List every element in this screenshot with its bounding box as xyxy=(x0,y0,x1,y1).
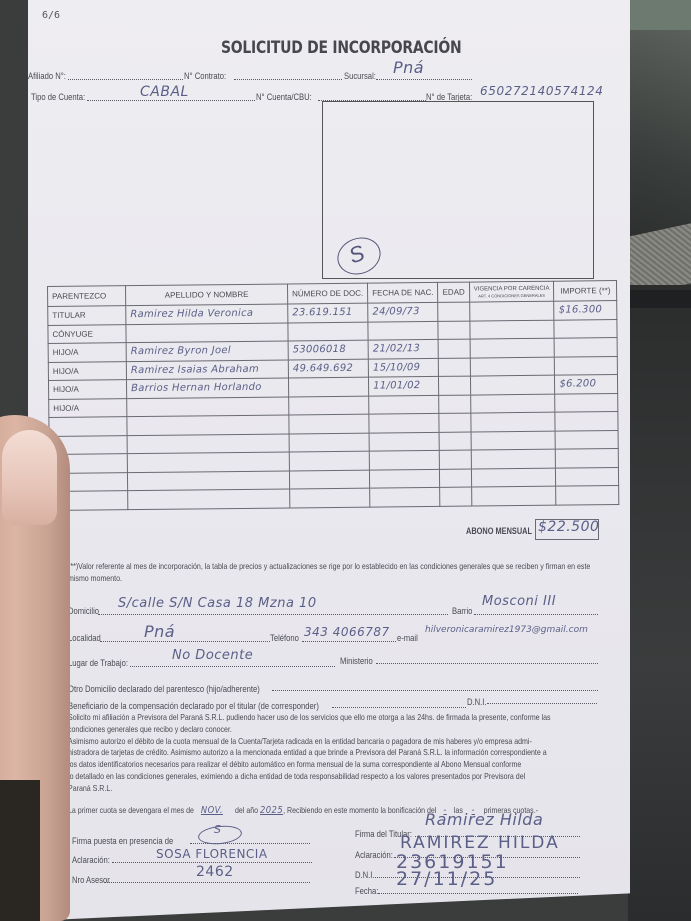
cell-edad[interactable] xyxy=(439,395,470,414)
cell-fecha[interactable]: 15/10/09 xyxy=(368,358,439,377)
abono-mensual-value: $22.500 xyxy=(538,519,599,535)
cell-edad[interactable] xyxy=(440,487,471,506)
cell-doc[interactable] xyxy=(288,377,368,396)
cell-nombre[interactable] xyxy=(127,415,289,435)
cell-importe[interactable] xyxy=(555,393,618,412)
cell-nombre[interactable] xyxy=(127,433,289,453)
aclaracion-asesor-label: Aclaración: xyxy=(72,855,110,865)
background-strip xyxy=(628,290,691,308)
legal-line: nistradora de tarjetas de crédito. Asimi… xyxy=(68,747,606,759)
cell-fecha[interactable] xyxy=(369,413,440,432)
circle-mark-text: S xyxy=(345,240,368,269)
col-vigencia: VIGENCIA POR CARENCIA ART. 4 CONDICIONES… xyxy=(469,281,554,302)
asesor-value: 2462 xyxy=(196,864,234,880)
legal-line: los datos identificatorios necesarios pa… xyxy=(68,759,606,771)
cell-vigencia[interactable] xyxy=(470,375,555,394)
cell-importe[interactable] xyxy=(554,319,617,338)
cell-parentezco[interactable]: HIJO/A xyxy=(49,398,127,417)
titular-signature: Ramirez Hilda xyxy=(425,810,543,829)
cell-parentezco[interactable]: HIJO/A xyxy=(48,343,126,362)
tipo-cuenta-value: CABAL xyxy=(140,84,189,100)
cell-fecha[interactable]: 11/01/02 xyxy=(369,376,440,395)
otro-domicilio-label: Otro Domicilio declarado del parentesco … xyxy=(68,684,260,694)
cell-fecha[interactable] xyxy=(369,450,440,469)
cell-nombre[interactable] xyxy=(127,396,289,416)
cell-edad[interactable] xyxy=(438,302,469,321)
footnote: (**)Valor referente al mes de incorporac… xyxy=(68,561,606,585)
cell-vigencia[interactable] xyxy=(471,468,556,487)
dni-titular-label: D.N.I. xyxy=(355,870,375,880)
anio-value[interactable]: 2025 xyxy=(260,805,283,816)
cell-doc[interactable]: 49.649.692 xyxy=(288,359,368,378)
abono-mensual-label: ABONO MENSUAL xyxy=(466,526,532,536)
legal-text: Solicito mi afiliación a Previsora del P… xyxy=(68,712,606,795)
cuenta-cbu-label: N° Cuenta/CBU: xyxy=(256,92,312,102)
fecha-value: 27/11/25 xyxy=(396,868,497,890)
cell-doc[interactable] xyxy=(289,470,369,489)
cell-vigencia[interactable] xyxy=(470,320,555,339)
cell-fecha[interactable]: 21/02/13 xyxy=(368,339,439,358)
trabajo-value: No Docente xyxy=(172,648,253,663)
cell-vigencia[interactable] xyxy=(469,301,554,320)
cell-edad[interactable] xyxy=(439,413,470,432)
vigencia-subtitle: ART. 4 CONDICIONES GENERALES xyxy=(474,292,550,298)
col-importe: IMPORTE (**) xyxy=(554,281,617,302)
bonificacion-text: Recibiendo en este momento la bonificaci… xyxy=(287,805,436,815)
cell-edad[interactable] xyxy=(438,321,469,340)
cell-edad[interactable] xyxy=(439,339,470,358)
cell-nombre[interactable] xyxy=(127,452,289,472)
cell-doc[interactable]: 53006018 xyxy=(288,340,368,359)
domicilio-field[interactable] xyxy=(98,614,448,615)
aclaracion-titular-label: Aclaración: xyxy=(355,850,393,860)
barrio-value: Mosconi III xyxy=(482,594,556,609)
telefono-label: Teléfono xyxy=(270,633,299,643)
cell-importe[interactable] xyxy=(555,412,618,431)
legal-line: Paraná S.R.L. xyxy=(68,783,606,795)
asesor-field[interactable] xyxy=(104,882,310,883)
cell-parentezco[interactable]: HIJO/A xyxy=(48,361,126,380)
localidad-label: Localidad xyxy=(68,633,101,643)
cell-importe[interactable] xyxy=(556,467,619,486)
cell-parentezco[interactable]: HIJO/A xyxy=(48,380,126,399)
primer-cuota-mes[interactable]: NOV. xyxy=(196,805,233,816)
cell-doc[interactable] xyxy=(289,451,369,470)
cell-doc[interactable] xyxy=(289,414,369,433)
asesor-label: Nro Asesor xyxy=(72,875,110,885)
tarjeta-value: 650272140574124 xyxy=(480,84,604,98)
cell-nombre[interactable] xyxy=(126,322,288,342)
presencia-value: S xyxy=(214,823,221,836)
barrio-field[interactable] xyxy=(474,614,598,615)
cell-edad[interactable] xyxy=(440,450,471,469)
trabajo-field[interactable] xyxy=(130,666,335,667)
afiliado-label: Afiliado N°: xyxy=(28,71,66,81)
cell-fecha[interactable] xyxy=(370,469,441,488)
cell-fecha[interactable] xyxy=(370,487,441,506)
email-label: e-mail xyxy=(397,633,418,643)
cell-nombre[interactable] xyxy=(128,489,290,509)
cell-fecha[interactable] xyxy=(368,321,439,340)
col-parentezco: PARENTEZCO xyxy=(48,286,126,307)
col-fecha: FECHA DE NAC. xyxy=(368,282,439,303)
sucursal-label: Sucursal: xyxy=(344,71,376,81)
fecha-label: Fecha: xyxy=(355,886,378,896)
aclaracion-asesor-field[interactable] xyxy=(112,862,312,863)
primer-cuota-prefix: La primer cuota se devengara el mes de xyxy=(68,805,194,815)
localidad-value: Pná xyxy=(144,622,175,641)
cell-importe[interactable] xyxy=(556,486,619,505)
ministerio-label: Ministerio xyxy=(340,656,373,666)
cell-importe[interactable]: $16.300 xyxy=(554,301,617,320)
background-fabric xyxy=(628,30,691,240)
cell-fecha[interactable] xyxy=(369,395,440,414)
cell-nombre[interactable]: Ramirez Hilda Veronica xyxy=(126,304,288,324)
cell-importe[interactable] xyxy=(555,356,618,375)
localidad-field[interactable] xyxy=(100,641,270,642)
cell-importe[interactable] xyxy=(555,430,618,449)
cell-vigencia[interactable] xyxy=(471,431,556,450)
beneficiario-dni-label: D.N.I. xyxy=(467,697,487,707)
beneficiario-field[interactable] xyxy=(332,707,466,708)
cell-doc[interactable] xyxy=(289,433,369,452)
otro-domicilio-field[interactable] xyxy=(272,690,598,691)
shadow xyxy=(0,780,40,921)
legal-line: condiciones generales que recibo y decla… xyxy=(68,724,606,736)
cell-doc[interactable] xyxy=(289,396,369,415)
legal-line: lo detallado en las condiciones generale… xyxy=(68,771,606,783)
thumb-nail xyxy=(2,430,57,525)
ministerio-field[interactable] xyxy=(376,663,598,664)
tipo-cuenta-field[interactable] xyxy=(87,100,255,101)
cell-importe[interactable] xyxy=(556,449,619,468)
barrio-label: Barrio xyxy=(452,606,472,616)
cell-vigencia[interactable] xyxy=(470,394,555,413)
cell-parentezco[interactable]: CÓNYUGE xyxy=(48,324,126,343)
cell-vigencia[interactable] xyxy=(471,449,556,468)
tipo-cuenta-label: Tipo de Cuenta: xyxy=(31,92,85,102)
cell-vigencia[interactable] xyxy=(470,338,555,357)
domicilio-value: S/calle S/N Casa 18 Mzna 10 xyxy=(118,596,317,611)
cell-parentezco[interactable]: TITULAR xyxy=(48,306,126,325)
domicilio-label: Domicilio xyxy=(68,606,99,616)
page-number: 6/6 xyxy=(42,10,60,21)
cell-edad[interactable] xyxy=(439,358,470,377)
cell-doc[interactable] xyxy=(290,488,370,507)
anio-label: del año xyxy=(235,805,258,815)
col-doc: NÚMERO DE DOC. xyxy=(287,283,367,304)
cell-nombre[interactable] xyxy=(127,470,289,490)
afiliado-field[interactable] xyxy=(68,79,183,80)
aclaracion-asesor-value: SOSA FLORENCIA xyxy=(156,847,268,861)
beneficiario-label: Beneficiario de la compensación declarad… xyxy=(68,701,319,711)
cell-edad[interactable] xyxy=(440,432,471,451)
email-value: hilveronicaramirez1973@gmail.com xyxy=(425,625,588,635)
sucursal-value: Pná xyxy=(393,58,424,77)
cell-doc[interactable]: 23.619.151 xyxy=(288,303,368,322)
contrato-label: N° Contrato: xyxy=(184,71,226,81)
cell-vigencia[interactable] xyxy=(470,357,555,376)
cell-nombre[interactable]: Barrios Hernan Horlando xyxy=(126,378,288,398)
cell-importe[interactable] xyxy=(554,338,617,357)
cell-nombre[interactable]: Ramirez Byron Joel xyxy=(126,341,288,361)
beneficiario-dni-field[interactable] xyxy=(487,703,597,704)
presencia-label: Firma puesta en presencia de xyxy=(72,836,173,846)
cell-importe[interactable]: $6.200 xyxy=(555,375,618,394)
form-title: SOLICITUD DE INCORPORACIÓN xyxy=(221,38,461,58)
cell-edad[interactable] xyxy=(439,376,470,395)
col-nombre: APELLIDO Y NOMBRE xyxy=(126,284,288,306)
cell-edad[interactable] xyxy=(440,469,471,488)
legal-line: Solicito mi afiliación a Previsora del P… xyxy=(68,712,606,724)
trabajo-label: Lugar de Trabajo: xyxy=(68,658,128,668)
cell-fecha[interactable]: 24/09/73 xyxy=(368,302,439,321)
sucursal-field[interactable] xyxy=(376,79,472,80)
cell-vigencia[interactable] xyxy=(471,486,556,505)
background-surface xyxy=(628,285,691,921)
cell-vigencia[interactable] xyxy=(471,412,556,431)
legal-line: Asimismo autorizo el débito de la cuota … xyxy=(68,736,606,748)
aclaracion-titular-value: RAMIREZ HILDA xyxy=(400,833,560,853)
family-table: PARENTEZCO APELLIDO Y NOMBRE NÚMERO DE D… xyxy=(47,280,620,510)
contrato-field[interactable] xyxy=(234,79,342,80)
col-edad: EDAD xyxy=(438,282,469,302)
cell-fecha[interactable] xyxy=(369,432,440,451)
telefono-field[interactable] xyxy=(302,641,396,642)
cell-parentezco[interactable] xyxy=(49,417,127,436)
fecha-field[interactable] xyxy=(378,893,578,894)
telefono-value: 343 4066787 xyxy=(304,625,390,639)
cell-doc[interactable] xyxy=(288,322,368,341)
cell-nombre[interactable]: Ramirez Isaias Abraham xyxy=(126,359,288,379)
